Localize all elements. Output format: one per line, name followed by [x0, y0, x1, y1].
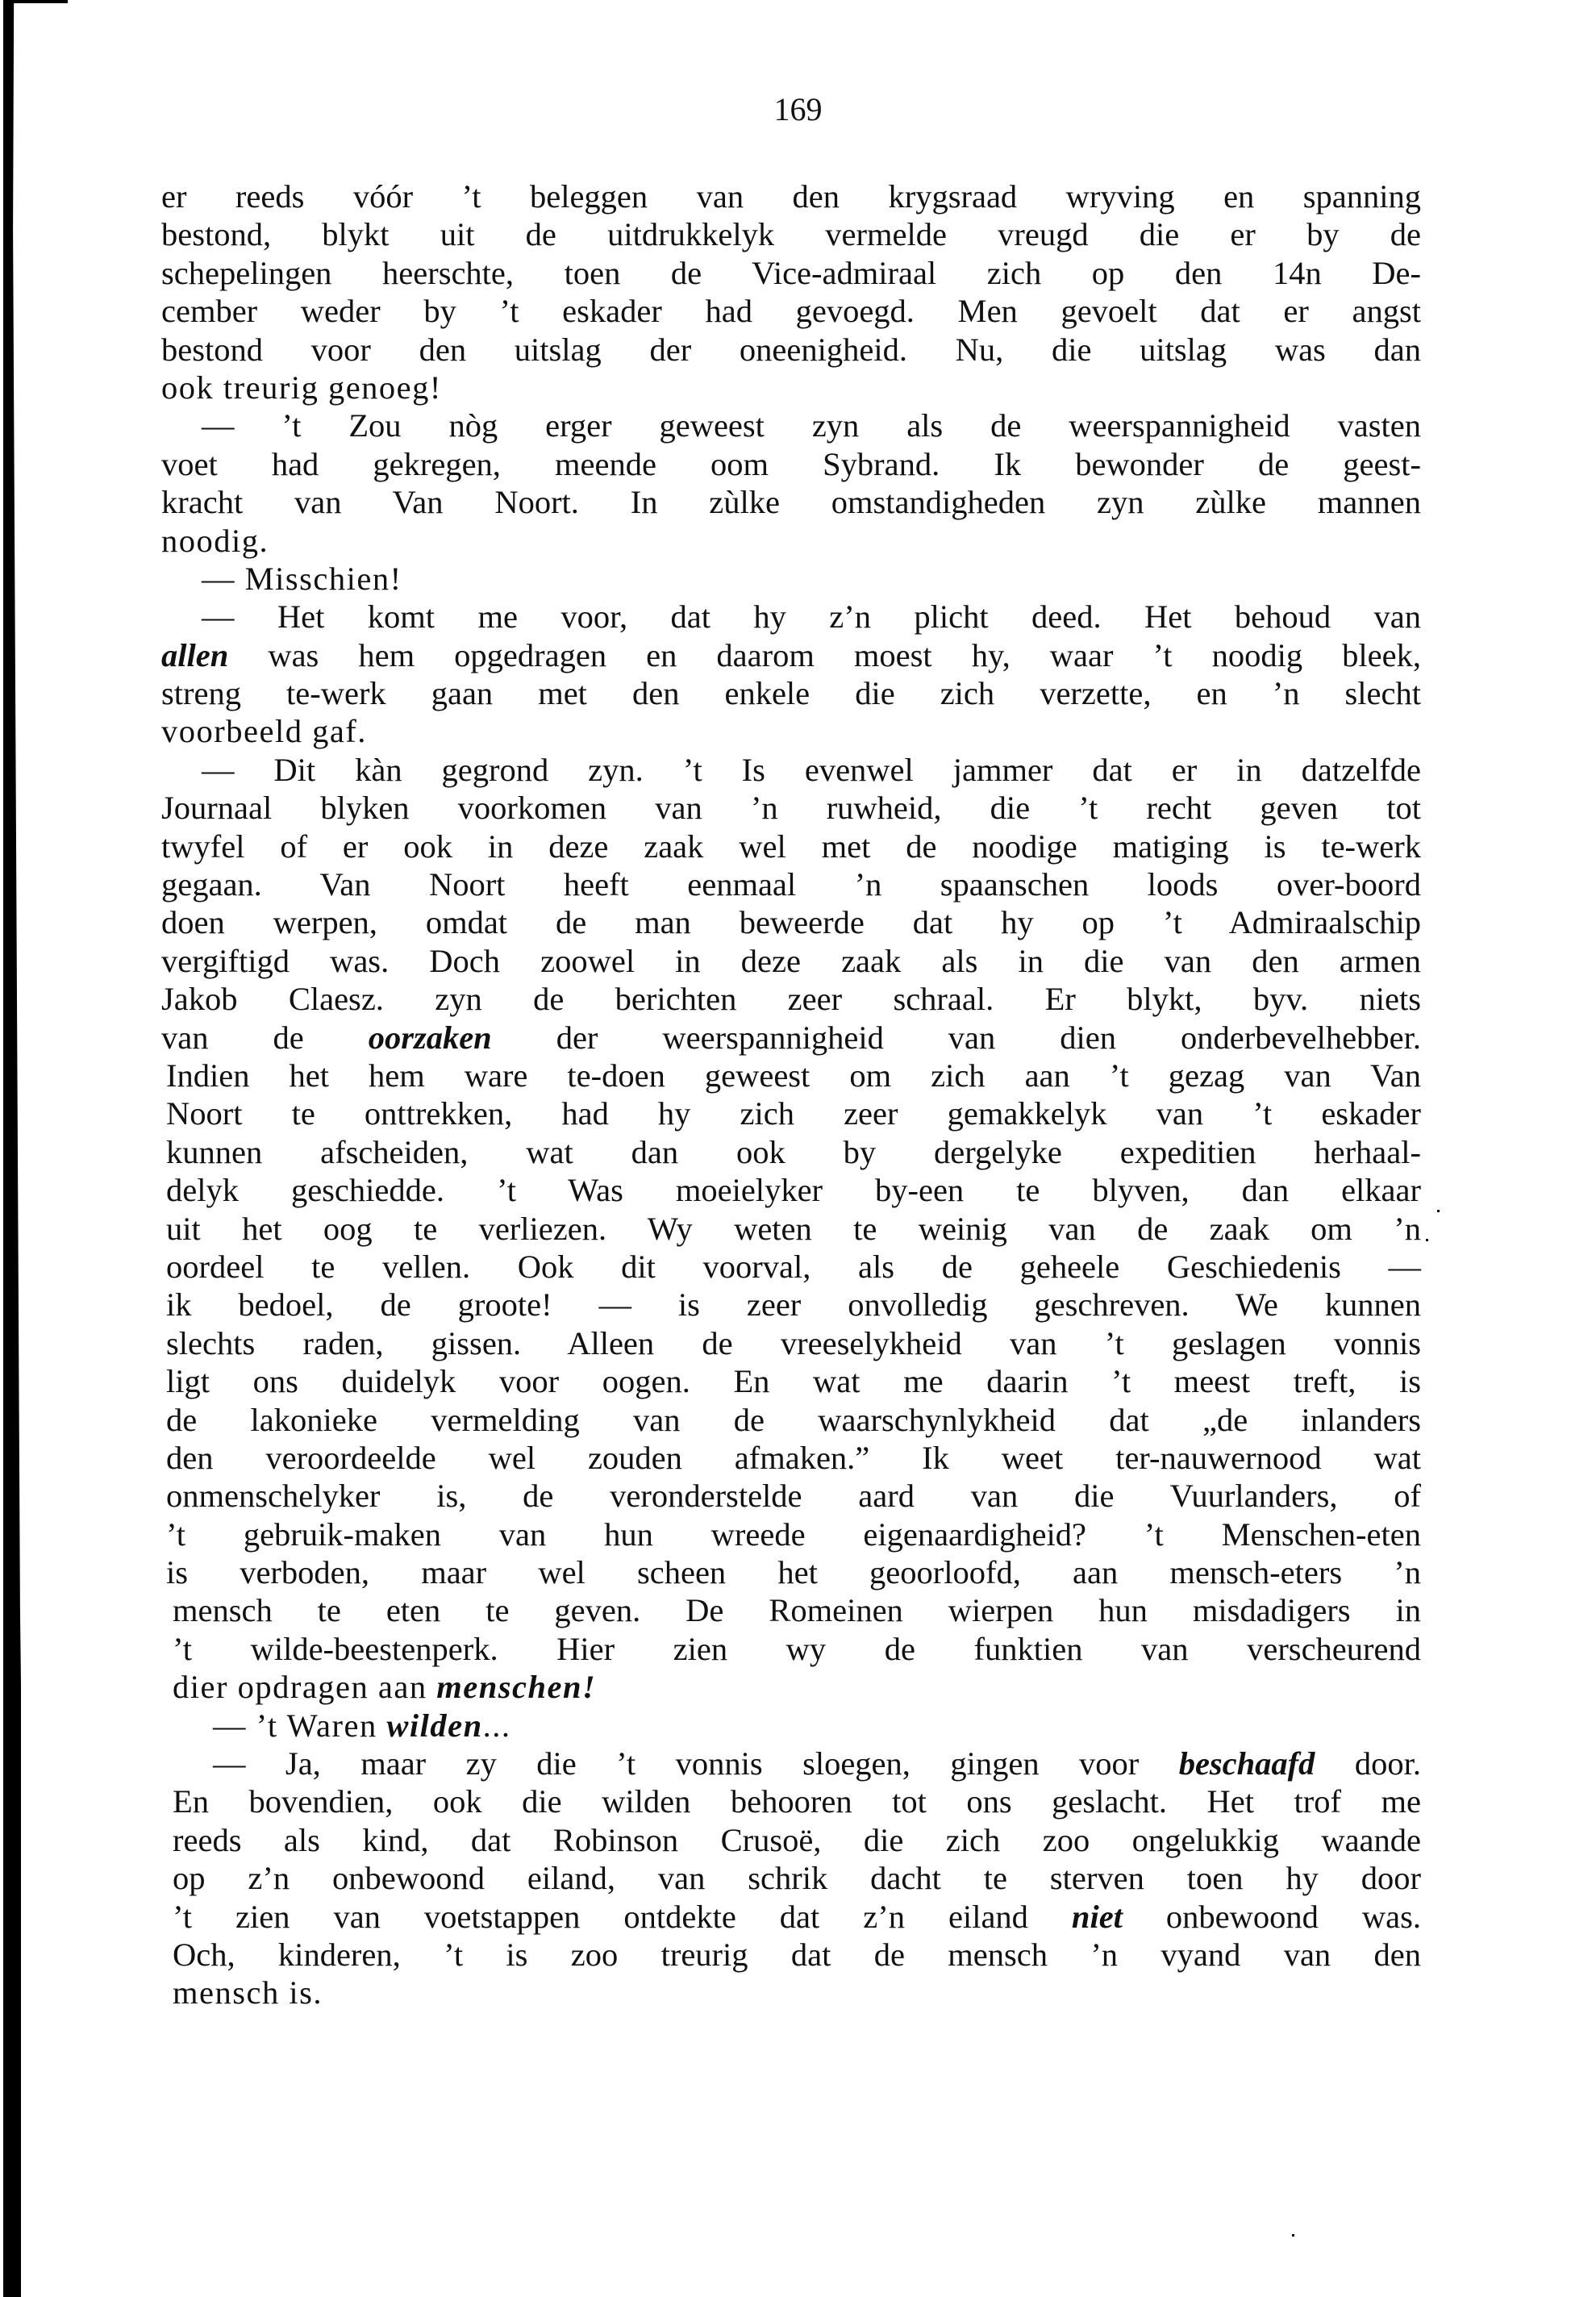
emphasis-text: beschaafd	[1179, 1745, 1315, 1782]
text-line: reeds als kind, dat Robinson Crusoë, die…	[173, 1821, 1421, 1859]
text-line: ’t wilde-beestenperk. Hier zien wy de fu…	[173, 1630, 1421, 1668]
line-text: ’t zien van voetstappen ontdekte dat z’n…	[173, 1899, 1072, 1935]
line-text: ook treurig genoeg!	[161, 369, 1421, 406]
text-line: Och, kinderen, ’t is zoo treurig dat de …	[173, 1936, 1421, 1974]
line-text: kunnen afscheiden, wat dan ook by dergel…	[166, 1133, 1421, 1171]
line-text: Journaal blyken voorkomen van ’n ruwheid…	[161, 789, 1421, 827]
line-text: voorbeeld gaf.	[161, 712, 1421, 750]
text-line: is verboden, maar wel scheen het geoorlo…	[166, 1553, 1421, 1591]
text-line: er reeds vóór ’t beleggen van den krygsr…	[161, 177, 1421, 215]
line-text: door.	[1315, 1745, 1421, 1782]
text-line: ook treurig genoeg!	[161, 369, 1421, 406]
line-text: schepelingen heerschte, toen de Vice-adm…	[161, 254, 1421, 292]
text-line: kracht van Van Noort. In zùlke omstandig…	[161, 483, 1421, 521]
line-text: slechts raden, gissen. Alleen de vreesel…	[166, 1324, 1421, 1362]
text-line: ’t zien van voetstappen ontdekte dat z’n…	[173, 1898, 1421, 1936]
text-line: noodig.	[161, 522, 1421, 560]
scan-speck	[1437, 1210, 1440, 1212]
text-line: de lakonieke vermelding van de waarschyn…	[166, 1401, 1421, 1439]
text-line: Indien het hem ware te-doen geweest om z…	[166, 1057, 1421, 1094]
line-text: gegaan. Van Noort heeft eenmaal ’n spaan…	[161, 865, 1421, 903]
line-text: der weerspannigheid van dien onderbevelh…	[492, 1019, 1421, 1056]
line-text: dier opdragen aan	[173, 1669, 436, 1705]
text-line: ligt ons duidelyk voor oogen. En wat me …	[166, 1362, 1421, 1400]
line-text: Och, kinderen, ’t is zoo treurig dat de …	[173, 1936, 1421, 1974]
line-text: doen werpen, omdat de man beweerde dat h…	[161, 903, 1421, 941]
dialogue-line: — Dit kàn gegrond zyn. ’t Is evenwel jam…	[161, 751, 1421, 789]
line-text: ’t gebruik-maken van hun wreede eigenaar…	[166, 1515, 1421, 1553]
text-line: En bovendien, ook die wilden behooren to…	[173, 1782, 1421, 1820]
text-line: mensch is.	[173, 1974, 1421, 2011]
line-text: bestond voor den uitslag der oneenigheid…	[161, 331, 1421, 369]
line-text: — ’t Waren	[213, 1707, 386, 1744]
line-text: — Het komt me voor, dat hy z’n plicht de…	[202, 598, 1421, 636]
line-text: bestond, blykt uit de uitdrukkelyk verme…	[161, 215, 1421, 253]
dialogue-line: — ’t Waren wilden...	[173, 1707, 1421, 1745]
line-text: ligt ons duidelyk voor oogen. En wat me …	[166, 1362, 1421, 1400]
text-line: oordeel te vellen. Ook dit voorval, als …	[166, 1248, 1421, 1286]
line-text: uit het oog te verliezen. Wy weten te we…	[166, 1210, 1421, 1248]
scan-border	[3, 0, 21, 2297]
text-line: schepelingen heerschte, toen de Vice-adm…	[161, 254, 1421, 292]
text-line: Noort te onttrekken, had hy zich zeer ge…	[166, 1094, 1421, 1132]
line-text: is verboden, maar wel scheen het geoorlo…	[166, 1553, 1421, 1591]
line-text: onmenschelyker is, de veronderstelde aar…	[166, 1477, 1421, 1515]
text-line: doen werpen, omdat de man beweerde dat h…	[161, 903, 1421, 941]
emphasis-text: niet	[1072, 1899, 1123, 1935]
text-line: mensch te eten te geven. De Romeinen wie…	[173, 1591, 1421, 1629]
line-text: Jakob Claesz. zyn de berichten zeer schr…	[161, 980, 1421, 1018]
line-text: — Misschien!	[202, 560, 1421, 598]
scan-speck	[1292, 2234, 1294, 2237]
line-text: op z’n onbewoond eiland, van schrik dach…	[173, 1859, 1421, 1897]
line-text: was hem opgedragen en daarom moest hy, w…	[228, 637, 1421, 673]
line-text: delyk geschiedde. ’t Was moeielyker by-e…	[166, 1171, 1421, 1209]
line-text: — Ja, maar zy die ’t vonnis sloegen, gin…	[213, 1745, 1179, 1782]
text-line: twyfel of er ook in deze zaak wel met de…	[161, 828, 1421, 865]
line-text: — Dit kàn gegrond zyn. ’t Is evenwel jam…	[202, 751, 1421, 789]
line-text: streng te-werk gaan met den enkele die z…	[161, 674, 1421, 712]
line-text: Noort te onttrekken, had hy zich zeer ge…	[166, 1094, 1421, 1132]
line-text: En bovendien, ook die wilden behooren to…	[173, 1782, 1421, 1820]
text-line: voorbeeld gaf.	[161, 712, 1421, 750]
scan-speck	[1426, 1239, 1428, 1241]
page-number: 169	[0, 90, 1596, 129]
text-line: Journaal blyken voorkomen van ’n ruwheid…	[161, 789, 1421, 827]
line-text: kracht van Van Noort. In zùlke omstandig…	[161, 483, 1421, 521]
text-line: dier opdragen aan menschen!	[173, 1668, 1421, 1706]
text-line: streng te-werk gaan met den enkele die z…	[161, 674, 1421, 712]
dialogue-line: — Misschien!	[161, 560, 1421, 598]
line-text: cember weder by ’t eskader had gevoegd. …	[161, 292, 1421, 330]
line-text: de lakonieke vermelding van de waarschyn…	[166, 1401, 1421, 1439]
line-text: — ’t Zou nòg erger geweest zyn als de we…	[202, 406, 1421, 444]
dialogue-line: — ’t Zou nòg erger geweest zyn als de we…	[161, 406, 1421, 444]
text-line: allen was hem opgedragen en daarom moest…	[161, 636, 1421, 674]
line-text: onbewoond was.	[1123, 1899, 1421, 1935]
text-line: Jakob Claesz. zyn de berichten zeer schr…	[161, 980, 1421, 1018]
line-text: ...	[483, 1707, 511, 1744]
line-text: den veroordeelde wel zouden afmaken.” Ik…	[166, 1439, 1421, 1477]
line-text: reeds als kind, dat Robinson Crusoë, die…	[173, 1821, 1421, 1859]
text-line: uit het oog te verliezen. Wy weten te we…	[166, 1210, 1421, 1248]
line-text: twyfel of er ook in deze zaak wel met de…	[161, 828, 1421, 865]
text-line: van de oorzaken der weerspannigheid van …	[161, 1019, 1421, 1057]
line-text: oordeel te vellen. Ook dit voorval, als …	[166, 1248, 1421, 1286]
emphasis-text: oorzaken	[369, 1019, 492, 1056]
text-line: vergiftigd was. Doch zoowel in deze zaak…	[161, 942, 1421, 980]
text-line: voet had gekregen, meende oom Sybrand. I…	[161, 445, 1421, 483]
line-text: noodig.	[161, 522, 1421, 560]
text-line: bestond voor den uitslag der oneenigheid…	[161, 331, 1421, 369]
line-text: er reeds vóór ’t beleggen van den krygsr…	[161, 177, 1421, 215]
line-text: mensch te eten te geven. De Romeinen wie…	[173, 1591, 1421, 1629]
text-line: gegaan. Van Noort heeft eenmaal ’n spaan…	[161, 865, 1421, 903]
emphasis-text: menschen!	[436, 1669, 596, 1705]
text-line: ik bedoel, de groote! — is zeer onvolled…	[166, 1286, 1421, 1324]
line-text: mensch is.	[173, 1974, 1421, 2011]
line-text: van de	[161, 1019, 369, 1056]
dialogue-line: — Het komt me voor, dat hy z’n plicht de…	[161, 598, 1421, 636]
text-line: delyk geschiedde. ’t Was moeielyker by-e…	[166, 1171, 1421, 1209]
page-body-text: er reeds vóór ’t beleggen van den krygsr…	[161, 177, 1421, 2012]
text-line: kunnen afscheiden, wat dan ook by dergel…	[166, 1133, 1421, 1171]
emphasis-text: wilden	[386, 1707, 482, 1744]
text-line: den veroordeelde wel zouden afmaken.” Ik…	[166, 1439, 1421, 1477]
line-text: Indien het hem ware te-doen geweest om z…	[166, 1057, 1421, 1094]
text-line: ’t gebruik-maken van hun wreede eigenaar…	[166, 1515, 1421, 1553]
emphasis-text: allen	[161, 637, 228, 673]
text-line: op z’n onbewoond eiland, van schrik dach…	[173, 1859, 1421, 1897]
text-line: onmenschelyker is, de veronderstelde aar…	[166, 1477, 1421, 1515]
text-line: bestond, blykt uit de uitdrukkelyk verme…	[161, 215, 1421, 253]
text-line: cember weder by ’t eskader had gevoegd. …	[161, 292, 1421, 330]
line-text: ’t wilde-beestenperk. Hier zien wy de fu…	[173, 1630, 1421, 1668]
dialogue-line: — Ja, maar zy die ’t vonnis sloegen, gin…	[173, 1745, 1421, 1782]
line-text: vergiftigd was. Doch zoowel in deze zaak…	[161, 942, 1421, 980]
scan-border-top	[5, 0, 68, 3]
line-text: voet had gekregen, meende oom Sybrand. I…	[161, 445, 1421, 483]
text-line: slechts raden, gissen. Alleen de vreesel…	[166, 1324, 1421, 1362]
line-text: ik bedoel, de groote! — is zeer onvolled…	[166, 1286, 1421, 1324]
